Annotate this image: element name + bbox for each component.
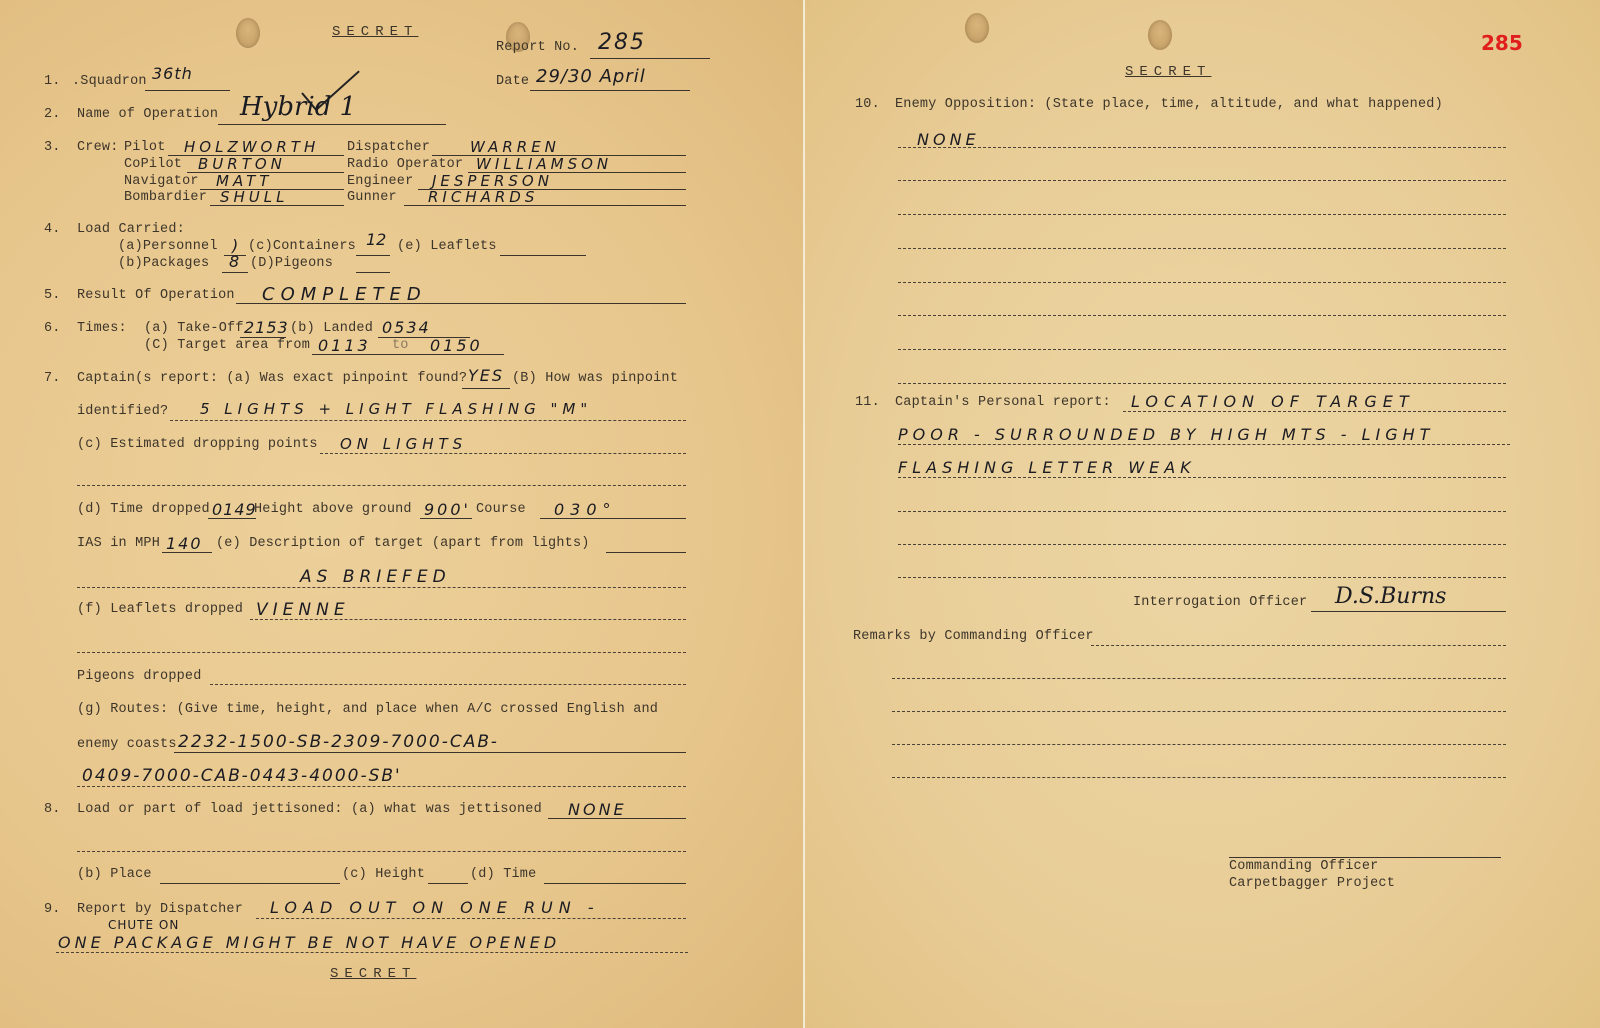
interrogation-officer-line — [1311, 611, 1506, 612]
pilot-value: HOLZWORTH — [184, 138, 319, 156]
interrogation-officer-signature: D.S.Burns — [1335, 584, 1446, 609]
captain-report-line-6 — [898, 577, 1506, 578]
dropping-points-label: (c) Estimated dropping points — [77, 437, 318, 452]
item11-number: 11. — [855, 395, 880, 410]
target-description-answer: AS BRIEFED — [300, 567, 451, 587]
radio-operator-value: WILLIAMSON — [476, 155, 612, 173]
result-label: Result Of Operation — [77, 288, 235, 303]
leaflets-dropped-answer: VIENNE — [256, 600, 350, 620]
operation-name-label: Name of Operation — [77, 107, 218, 122]
takeoff-value: 2153 — [244, 318, 289, 337]
punch-hole — [1148, 20, 1172, 50]
squadron-label: .Squadron — [72, 74, 147, 89]
height-above-ground-value: 900' — [424, 500, 471, 519]
time-dropped-value: 0149 — [212, 500, 257, 519]
gunner-value: RICHARDS — [428, 188, 538, 206]
report-no-value: 285 — [598, 30, 646, 55]
classification-header-right: SECRET — [1125, 64, 1211, 80]
routes-label: (g) Routes: (Give time, height, and plac… — [77, 702, 658, 717]
remarks-label: Remarks by Commanding Officer — [853, 629, 1094, 644]
dispatcher-report-underline-2 — [56, 952, 688, 953]
bombardier-line — [210, 205, 344, 206]
item5-number: 5. — [44, 288, 61, 303]
pinpoint-how-answer: 5 LIGHTS + LIGHT FLASHING "M" — [200, 400, 592, 418]
pinpoint-found-question: Captain(s report: (a) Was exact pinpoint… — [77, 371, 467, 386]
identified-label: identified? — [77, 404, 168, 419]
target-description-line — [606, 552, 686, 553]
containers-value: 12 — [366, 230, 386, 249]
personnel-label: (a)Personnel — [118, 239, 218, 254]
target-area-label: (C) Target area from — [144, 338, 310, 353]
captain-report-line-5 — [898, 544, 1506, 545]
date-label: Date — [496, 74, 529, 89]
course-line — [540, 518, 686, 519]
course-value: 030° — [554, 500, 617, 519]
target-area-line — [312, 354, 504, 355]
packages-value: 8 — [229, 252, 239, 271]
takeoff-label: (a) Take-Off — [144, 321, 244, 336]
routes-answer-line2: 0409-7000-CAB-0443-4000-SB' — [82, 766, 402, 786]
crew-label: Crew: — [77, 140, 119, 155]
captain-report-line3: FLASHING LETTER WEAK — [898, 458, 1196, 477]
pinpoint-found-answer: YES — [468, 366, 504, 385]
gunner-label: Gunner — [347, 190, 397, 205]
remarks-line-4 — [892, 744, 1506, 745]
identified-line — [170, 420, 686, 421]
enemy-opposition-line-7 — [898, 349, 1506, 350]
height-above-ground-label: Height above ground — [254, 502, 412, 517]
captain-report-label: Captain's Personal report: — [895, 395, 1111, 410]
routes-line-1 — [174, 752, 686, 753]
pigeons-dropped-line — [210, 684, 686, 685]
commanding-officer-unit: Carpetbagger Project — [1229, 876, 1395, 891]
commanding-officer-title: Commanding Officer — [1229, 859, 1378, 874]
jettisoned-answer: NONE — [568, 800, 627, 819]
times-label: Times: — [77, 321, 127, 336]
item3-number: 3. — [44, 140, 61, 155]
enemy-opposition-label: Enemy Opposition: (State place, time, al… — [895, 97, 1443, 112]
left-page: SECRET Report No. 285 Date 29/30 April 1… — [0, 0, 803, 1028]
navigator-label: Navigator — [124, 174, 199, 189]
target-description-label: (e) Description of target (apart from li… — [216, 536, 590, 551]
item8-number: 8. — [44, 802, 61, 817]
enemy-coasts-label: enemy coasts — [77, 737, 177, 752]
squadron-value: 36th — [152, 64, 193, 83]
item2-number: 2. — [44, 107, 61, 122]
item6-number: 6. — [44, 321, 61, 336]
enemy-opposition-line-6 — [898, 315, 1506, 316]
ias-label: IAS in MPH — [77, 536, 160, 551]
enemy-opposition-line-2 — [898, 180, 1506, 181]
bombardier-label: Bombardier — [124, 190, 207, 205]
containers-label: (c)Containers — [248, 239, 356, 254]
dispatcher-report-insertion: CHUTE ON — [108, 918, 179, 932]
interrogation-officer-label: Interrogation Officer — [1133, 595, 1307, 610]
jettison-place-line — [160, 883, 340, 884]
right-page: 285 SECRET 10. Enemy Opposition: (State … — [805, 0, 1600, 1028]
operation-name-value: Hybrid 1 — [240, 92, 356, 122]
jettison-time-line — [544, 883, 686, 884]
result-value: COMPLETED — [262, 284, 427, 305]
pinpoint-found-line — [462, 388, 510, 389]
item10-number: 10. — [855, 97, 880, 112]
dispatcher-report-line2: ONE PACKAGE MIGHT BE NOT HAVE OPENED — [58, 933, 560, 952]
pigeons-line — [356, 272, 390, 273]
squadron-line — [145, 90, 230, 91]
copilot-value: BURTON — [198, 155, 286, 173]
leaflets-label: (e) Leaflets — [397, 239, 497, 254]
dropping-points-line-2 — [77, 485, 686, 486]
jettisoned-label: Load or part of load jettisoned: (a) wha… — [77, 802, 542, 817]
captain-report-line2: POOR - SURROUNDED BY HIGH MTS - LIGHT — [898, 425, 1434, 444]
jettison-height-label: (c) Height — [342, 867, 425, 882]
landed-label: (b) Landed — [290, 321, 373, 336]
punch-hole — [965, 13, 989, 43]
jettison-time-label: (d) Time — [470, 867, 536, 882]
dispatcher-value: WARREN — [470, 138, 560, 156]
engineer-label: Engineer — [347, 174, 413, 189]
enemy-opposition-line-1 — [898, 147, 1506, 148]
item4-number: 4. — [44, 222, 61, 237]
radio-operator-label: Radio Operator — [347, 157, 463, 172]
commanding-officer-signature-line — [1229, 857, 1501, 858]
date-line — [530, 90, 690, 91]
target-description-line-2 — [77, 587, 686, 588]
leaflets-dropped-line-2 — [77, 652, 686, 653]
dispatcher-label: Dispatcher — [347, 140, 430, 155]
dispatcher-report-line1: LOAD OUT ON ONE RUN - — [270, 898, 600, 917]
enemy-opposition-line-8 — [898, 383, 1506, 384]
captain-report-underline-1 — [1123, 411, 1506, 412]
dispatcher-report-underline-1 — [256, 918, 686, 919]
jettison-height-line — [428, 883, 468, 884]
remarks-line-3 — [892, 711, 1506, 712]
ias-line — [162, 552, 212, 553]
load-carried-label: Load Carried: — [77, 222, 185, 237]
packages-label: (b)Packages — [118, 256, 209, 271]
date-value: 29/30 April — [536, 66, 646, 87]
copilot-label: CoPilot — [124, 157, 182, 172]
result-line — [236, 303, 686, 304]
gunner-line — [404, 205, 686, 206]
height-line — [420, 518, 472, 519]
item1-number: 1. — [44, 74, 61, 89]
target-to-value: 0150 — [430, 336, 483, 355]
ias-value: 140 — [166, 534, 203, 553]
dropping-points-line — [320, 453, 686, 454]
dropping-points-answer: ON LIGHTS — [340, 435, 467, 453]
packages-line — [222, 272, 248, 273]
course-label: Course — [476, 502, 526, 517]
captain-report-line1: LOCATION OF TARGET — [1131, 392, 1415, 411]
jettisoned-line-2 — [77, 851, 686, 852]
item9-number: 9. — [44, 902, 61, 917]
dispatcher-report-label: Report by Dispatcher — [77, 902, 243, 917]
page-number-stamp: 285 — [1481, 31, 1523, 55]
leaflets-dropped-label: (f) Leaflets dropped — [77, 602, 243, 617]
landed-value: 0534 — [382, 318, 431, 337]
punch-hole — [236, 18, 260, 48]
enemy-opposition-line-5 — [898, 282, 1506, 283]
classification-footer: SECRET — [330, 966, 416, 982]
captain-report-underline-2 — [898, 444, 1510, 445]
routes-answer-line1: 2232-1500-SB-2309-7000-CAB- — [178, 732, 499, 752]
enemy-opposition-line-3 — [898, 214, 1506, 215]
pinpoint-how-question: (B) How was pinpoint — [512, 371, 678, 386]
remarks-line-5 — [892, 777, 1506, 778]
remarks-line-1 — [1091, 645, 1506, 646]
bombardier-value: SHULL — [220, 188, 289, 206]
enemy-opposition-line-4 — [898, 248, 1506, 249]
target-from-value: 0113 — [318, 336, 371, 355]
target-to-label: to — [392, 338, 409, 353]
leaflets-dropped-line — [250, 619, 686, 620]
captain-report-underline-3 — [898, 477, 1506, 478]
containers-line — [356, 255, 390, 256]
jettison-place-label: (b) Place — [77, 867, 152, 882]
remarks-line-2 — [892, 678, 1506, 679]
time-dropped-label: (d) Time dropped — [77, 502, 210, 517]
pigeons-label: (D)Pigeons — [250, 256, 333, 271]
item7-number: 7. — [44, 371, 61, 386]
report-no-line — [590, 58, 710, 59]
pilot-label: Pilot — [124, 140, 166, 155]
classification-header: SECRET — [332, 24, 418, 40]
time-dropped-line — [208, 518, 256, 519]
operation-name-line — [218, 124, 446, 125]
captain-report-line-4 — [898, 511, 1506, 512]
routes-line-2 — [77, 786, 686, 787]
report-no-label: Report No. — [496, 40, 579, 55]
jettisoned-line — [548, 818, 686, 819]
pigeons-dropped-label: Pigeons dropped — [77, 669, 202, 684]
leaflets-line — [500, 255, 586, 256]
